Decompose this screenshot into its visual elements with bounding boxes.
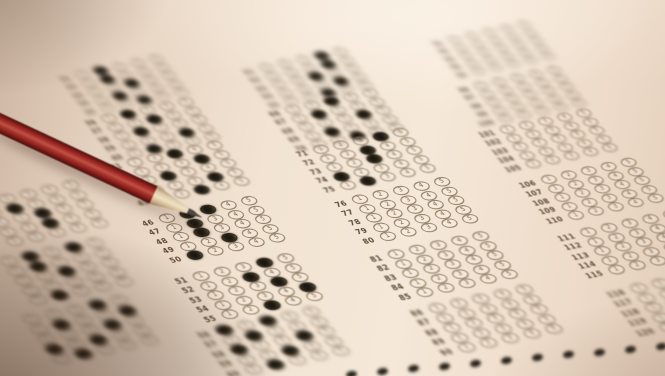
timing-mark (407, 364, 419, 373)
timing-mark (438, 362, 450, 371)
timing-mark (376, 367, 388, 376)
photo-frame: 1234513451245124512345135134512451234513… (0, 0, 665, 376)
timing-mark (624, 345, 636, 354)
timing-mark (531, 353, 543, 362)
timing-mark (655, 342, 665, 351)
timing-mark (469, 359, 481, 368)
timing-mark (593, 348, 605, 357)
timing-mark (562, 350, 574, 359)
timing-mark (500, 356, 512, 365)
timing-mark (345, 370, 357, 376)
